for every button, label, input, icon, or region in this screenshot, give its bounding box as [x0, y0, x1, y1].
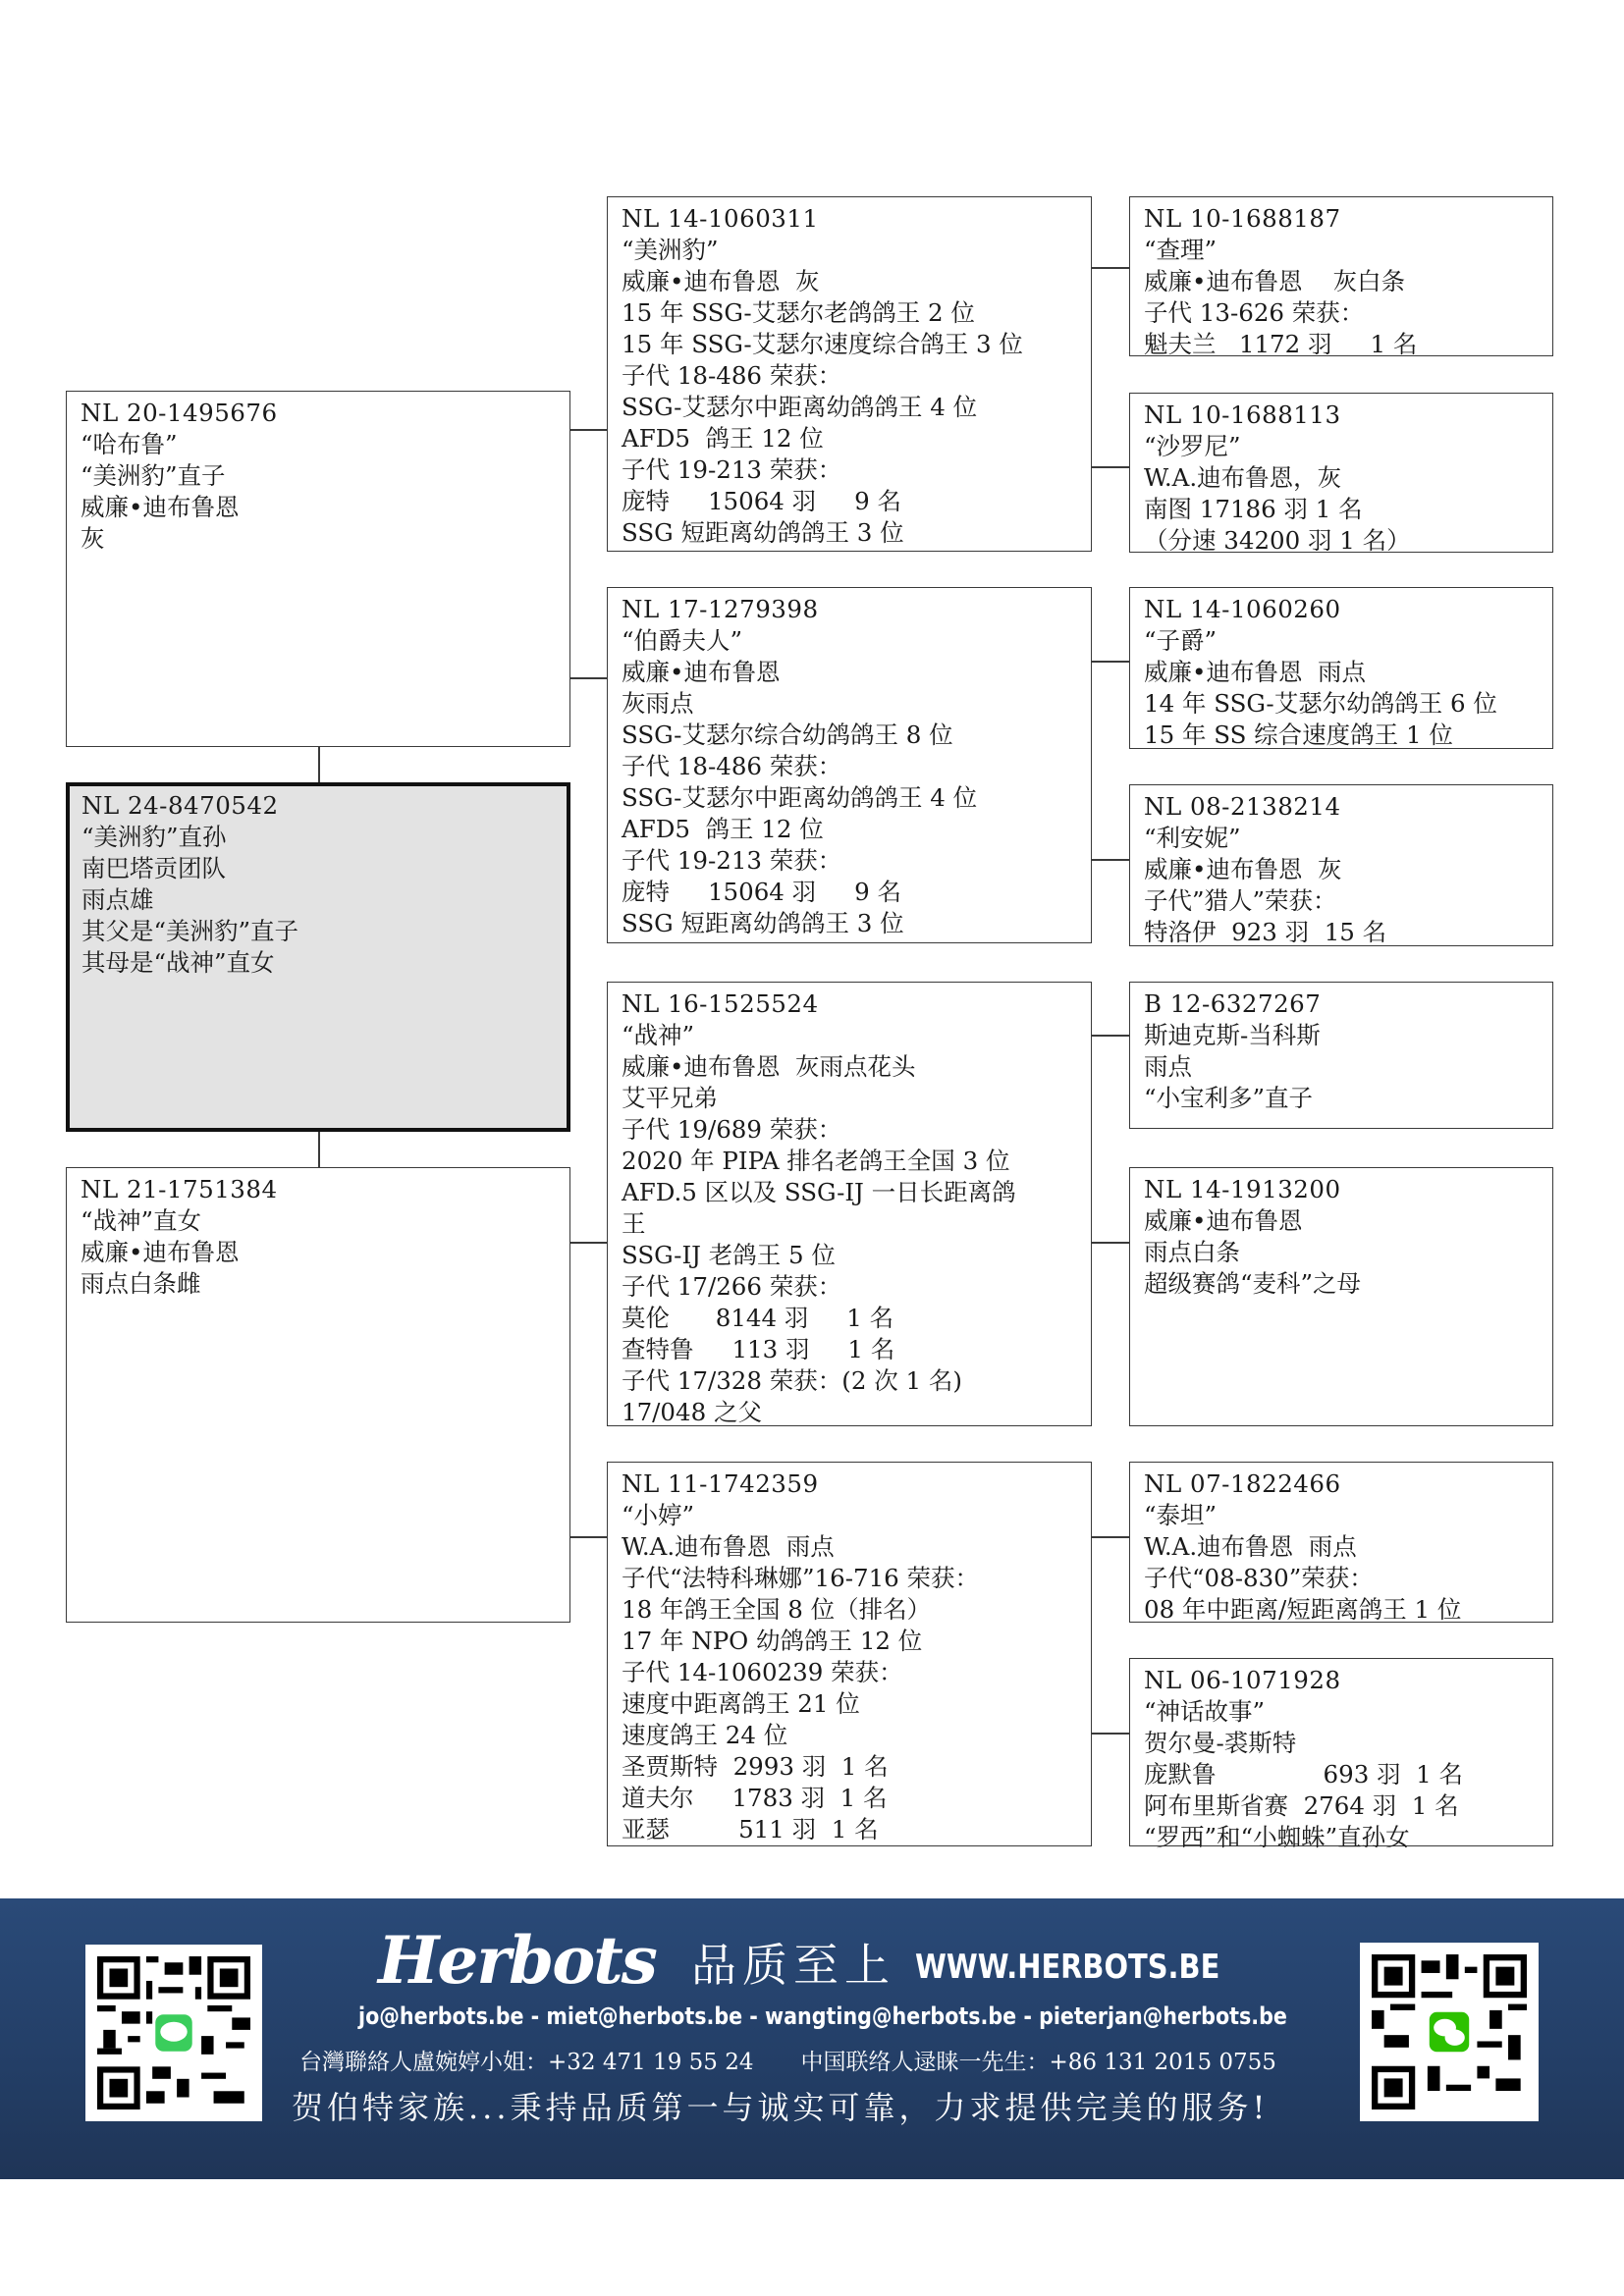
pedigree-line: 威廉•迪布鲁恩 — [81, 1237, 569, 1268]
pedigree-line: 15 年 SS 综合速度鸽王 1 位 — [1144, 720, 1552, 751]
pedigree-line: 威廉•迪布鲁恩 — [1144, 1205, 1552, 1237]
connector-sire-subject — [318, 747, 320, 782]
ring-number: NL 11-1742359 — [622, 1468, 1091, 1500]
ring-number: NL 06-1071928 — [1144, 1665, 1552, 1696]
connector-dd-to-dam — [1092, 1733, 1129, 1735]
pedigree-line: 阿布里斯省赛 2764 羽 1 名 — [1144, 1790, 1552, 1822]
pedigree-line: W.A.迪布鲁恩 雨点 — [1144, 1531, 1552, 1563]
connector-sd-to-sire — [1092, 661, 1129, 663]
ring-number: B 12-6327267 — [1144, 988, 1552, 1020]
ring-number: NL 20-1495676 — [81, 398, 569, 429]
ring-number: NL 08-2138214 — [1144, 791, 1552, 823]
pedigree-line: “美洲豹” — [622, 235, 1091, 266]
pedigree-line: 超级赛鸽“麦科”之母 — [1144, 1268, 1552, 1300]
pedigree-line: “伯爵夫人” — [622, 625, 1091, 657]
pedigree-line: 雨点白条 — [1144, 1237, 1552, 1268]
pedigree-line: “神话故事” — [1144, 1696, 1552, 1728]
connector-ss-to-sire — [1092, 267, 1129, 269]
pedigree-line: AFD.5 区以及 SSG-IJ 一日长距离鸽 — [622, 1177, 1091, 1208]
connector-dam-to-dam-dam — [570, 1536, 607, 1538]
pedigree-line: 其母是“战神”直女 — [81, 947, 567, 979]
pedigree-line: 威廉•迪布鲁恩 灰 — [1144, 854, 1552, 885]
pedigree-line: SSG-艾瑟尔中距离幼鸽鸽王 4 位 — [622, 392, 1091, 423]
pedigree-sire-sire: NL 14-1060311“美洲豹”威廉•迪布鲁恩 灰15 年 SSG-艾瑟尔老… — [607, 196, 1092, 552]
pedigree-line: 子代 18-486 荣获： — [622, 360, 1091, 392]
brand-slogan: 品质至上 — [691, 1936, 895, 1995]
pedigree-line: 威廉•迪布鲁恩 灰 — [622, 266, 1091, 297]
pedigree-dam: NL 21-1751384“战神”直女威廉•迪布鲁恩雨点白条雌 — [66, 1167, 570, 1623]
pedigree-line: 特洛伊 923 羽 15 名 — [1144, 917, 1552, 948]
pedigree-line: SSG 短距离幼鸽鸽王 3 位 — [622, 517, 1091, 549]
pedigree-line: SSG-艾瑟尔综合幼鸽鸽王 8 位 — [622, 720, 1091, 751]
ring-number: NL 17-1279398 — [622, 594, 1091, 625]
pedigree-line: SSG-艾瑟尔中距离幼鸽鸽王 4 位 — [622, 782, 1091, 814]
pedigree-line: 王 — [622, 1208, 1091, 1240]
pedigree-line: “战神” — [622, 1020, 1091, 1051]
ring-number: NL 07-1822466 — [1144, 1468, 1552, 1500]
pedigree-line: “哈布鲁” — [81, 429, 569, 460]
pedigree-line: 子代 13-626 荣获： — [1144, 297, 1552, 329]
connector-dd-to-sire — [1092, 1536, 1129, 1538]
pedigree-ss-dam: NL 10-1688113“沙罗尼”W.A.迪布鲁恩，灰南图 17186 羽 1… — [1129, 393, 1553, 553]
pedigree-line: 子代 19-213 荣获： — [622, 845, 1091, 877]
pedigree-line: 子代 18-486 荣获： — [622, 751, 1091, 782]
pedigree-ds-dam: NL 14-1913200威廉•迪布鲁恩雨点白条超级赛鸽“麦科”之母 — [1129, 1167, 1553, 1426]
pedigree-line: 15 年 SSG-艾瑟尔老鸽鸽王 2 位 — [622, 297, 1091, 329]
pedigree-line: 灰 — [81, 523, 569, 555]
pedigree-line: AFD5 鸽王 12 位 — [622, 423, 1091, 454]
pedigree-line: 雨点白条雌 — [81, 1268, 569, 1300]
pedigree-line: “罗西”和“小蜘蛛”直孙女 — [1144, 1822, 1552, 1853]
pedigree-sd-sire: NL 14-1060260“子爵”威廉•迪布鲁恩 雨点14 年 SSG-艾瑟尔幼… — [1129, 587, 1553, 749]
connector-ss-to-dam — [1092, 466, 1129, 468]
pedigree-line: 子代 19-213 荣获： — [622, 454, 1091, 486]
company-motto: 贺伯特家族...秉持品质第一与诚实可靠，力求提供完美的服务! — [292, 2083, 1269, 2128]
pedigree-dam-sire: NL 16-1525524“战神”威廉•迪布鲁恩 灰雨点花头艾平兄弟子代 19/… — [607, 982, 1092, 1426]
pedigree-line: “利安妮” — [1144, 823, 1552, 854]
ring-number: NL 14-1060260 — [1144, 594, 1552, 625]
brand-row: Herbots 品质至上 WWW.HERBOTS.BE — [378, 1926, 1273, 1995]
pedigree-line: 道夫尔 1783 羽 1 名 — [622, 1783, 1091, 1814]
pedigree-line: 威廉•迪布鲁恩 — [622, 657, 1091, 688]
pedigree-line: 14 年 SSG-艾瑟尔幼鸽鸽王 6 位 — [1144, 688, 1552, 720]
email-addresses[interactable]: jo@herbots.be - miet@herbots.be - wangti… — [358, 2002, 1287, 2030]
pedigree-line: 威廉•迪布鲁恩 雨点 — [1144, 657, 1552, 688]
ring-number: NL 21-1751384 — [81, 1174, 569, 1205]
pedigree-subject: NL 24-8470542“美洲豹”直孙南巴塔贡团队雨点雄其父是“美洲豹”直子其… — [66, 782, 570, 1132]
pedigree-line: W.A.迪布鲁恩，灰 — [1144, 462, 1552, 494]
ring-number: NL 10-1688187 — [1144, 203, 1552, 235]
pedigree-line: W.A.迪布鲁恩 雨点 — [622, 1531, 1091, 1563]
wechat-qr-code[interactable] — [1360, 1943, 1539, 2121]
pedigree-line: 子代 19/689 荣获： — [622, 1114, 1091, 1146]
connector-subject-dam — [318, 1132, 320, 1167]
website-link[interactable]: WWW.HERBOTS.BE — [915, 1940, 1219, 1995]
pedigree-line: 其父是“美洲豹”直子 — [81, 916, 567, 947]
pedigree-sire: NL 20-1495676“哈布鲁”“美洲豹”直子威廉•迪布鲁恩灰 — [66, 391, 570, 747]
connector-sire-to-sire-dam — [570, 677, 607, 679]
pedigree-ss-sire: NL 10-1688187“查理”威廉•迪布鲁恩 灰白条子代 13-626 荣获… — [1129, 196, 1553, 356]
pedigree-line: “子爵” — [1144, 625, 1552, 657]
connector-ds-to-sire — [1092, 1035, 1129, 1037]
pedigree-line: 庞特 15064 羽 9 名 — [622, 877, 1091, 908]
pedigree-line: SSG-IJ 老鸽王 5 位 — [622, 1240, 1091, 1271]
pedigree-line: 2020 年 PIPA 排名老鸽王全国 3 位 — [622, 1146, 1091, 1177]
pedigree-line: “泰坦” — [1144, 1500, 1552, 1531]
pedigree-line: 子代”猎人”荣获： — [1144, 885, 1552, 917]
contact-china: 中国联络人逯睐一先生：+86 131 2015 0755 — [800, 2044, 1275, 2076]
pedigree-line: 子代 17/328 荣获：(2 次 1 名) — [622, 1365, 1091, 1397]
pedigree-line: 速度中距离鸽王 21 位 — [622, 1688, 1091, 1720]
pedigree-line: （分速 34200 羽 1 名） — [1144, 525, 1552, 557]
pedigree-line: “美洲豹”直子 — [81, 460, 569, 492]
pedigree-line: 子代 17/266 荣获： — [622, 1271, 1091, 1303]
pedigree-line: SSG 短距离幼鸽鸽王 3 位 — [622, 908, 1091, 939]
pedigree-line: 魁夫兰 1172 羽 1 名 — [1144, 329, 1552, 360]
pedigree-line: 雨点 — [1144, 1051, 1552, 1083]
pedigree-line: “战神”直女 — [81, 1205, 569, 1237]
line-qr-code[interactable] — [85, 1945, 262, 2121]
pedigree-dd-dam: NL 06-1071928“神话故事”贺尔曼-裘斯特庞默鲁 693 羽 1 名阿… — [1129, 1658, 1553, 1846]
herbots-logo: Herbots — [378, 1926, 656, 1995]
pedigree-line: “沙罗尼” — [1144, 431, 1552, 462]
ring-number: NL 14-1913200 — [1144, 1174, 1552, 1205]
pedigree-line: 子代“法特科琳娜”16-716 荣获： — [622, 1563, 1091, 1594]
pedigree-dam-dam: NL 11-1742359“小婷”W.A.迪布鲁恩 雨点子代“法特科琳娜”16-… — [607, 1462, 1092, 1846]
pedigree-line: 南图 17186 羽 1 名 — [1144, 494, 1552, 525]
pedigree-line: “查理” — [1144, 235, 1552, 266]
pedigree-line: 南巴塔贡团队 — [81, 853, 567, 884]
pedigree-line: 17/048 之父 — [622, 1397, 1091, 1428]
ring-number: NL 14-1060311 — [622, 203, 1091, 235]
pedigree-line: “小宝利多”直子 — [1144, 1083, 1552, 1114]
ring-number: NL 16-1525524 — [622, 988, 1091, 1020]
pedigree-dd-sire: NL 07-1822466“泰坦”W.A.迪布鲁恩 雨点子代“08-830”荣获… — [1129, 1462, 1553, 1623]
pedigree-line: 雨点雄 — [81, 884, 567, 916]
pedigree-line: 子代 14-1060239 荣获： — [622, 1657, 1091, 1688]
pedigree-line: 灰雨点 — [622, 688, 1091, 720]
connector-sd-to-dam — [1092, 859, 1129, 861]
pedigree-line: 艾平兄弟 — [622, 1083, 1091, 1114]
pedigree-line: 贺尔曼-裘斯特 — [1144, 1728, 1552, 1759]
pedigree-line: 威廉•迪布鲁恩 灰白条 — [1144, 266, 1552, 297]
connector-ds-to-dam — [1092, 1242, 1129, 1244]
ring-number: NL 24-8470542 — [81, 790, 567, 822]
pedigree-sire-dam: NL 17-1279398“伯爵夫人”威廉•迪布鲁恩灰雨点SSG-艾瑟尔综合幼鸽… — [607, 587, 1092, 943]
ring-number: NL 10-1688113 — [1144, 400, 1552, 431]
contact-row: 台灣聯絡人盧婉婷小姐：+32 471 19 55 24 中国联络人逯睐一先生：+… — [299, 2044, 1276, 2076]
qr-pattern-icon — [97, 1956, 250, 2109]
qr-pattern-icon — [1372, 1954, 1527, 2109]
pedigree-line: 17 年 NPO 幼鸽鸽王 12 位 — [622, 1626, 1091, 1657]
pedigree-line: 庞默鲁 693 羽 1 名 — [1144, 1759, 1552, 1790]
pedigree-line: 子代“08-830”荣获： — [1144, 1563, 1552, 1594]
pedigree-line: 圣贾斯特 2993 羽 1 名 — [622, 1751, 1091, 1783]
pedigree-line: 斯迪克斯-当科斯 — [1144, 1020, 1552, 1051]
pedigree-line: 威廉•迪布鲁恩 — [81, 492, 569, 523]
pedigree-line: AFD5 鸽王 12 位 — [622, 814, 1091, 845]
pedigree-line: “小婷” — [622, 1500, 1091, 1531]
pedigree-line: 15 年 SSG-艾瑟尔速度综合鸽王 3 位 — [622, 329, 1091, 360]
pedigree-line: “美洲豹”直孙 — [81, 822, 567, 853]
pedigree-sd-dam: NL 08-2138214“利安妮”威廉•迪布鲁恩 灰子代”猎人”荣获：特洛伊 … — [1129, 784, 1553, 946]
pedigree-line: 亚瑟 511 羽 1 名 — [622, 1814, 1091, 1845]
pedigree-line: 莫伦 8144 羽 1 名 — [622, 1303, 1091, 1334]
pedigree-line: 查特鲁 113 羽 1 名 — [622, 1334, 1091, 1365]
connector-dam-to-dam-sire — [570, 1242, 607, 1244]
pedigree-line: 威廉•迪布鲁恩 灰雨点花头 — [622, 1051, 1091, 1083]
footer-banner: Herbots 品质至上 WWW.HERBOTS.BE jo@herbots.b… — [0, 1898, 1624, 2179]
pedigree-line: 08 年中距离/短距离鸽王 1 位 — [1144, 1594, 1552, 1626]
pedigree-line: 18 年鸽王全国 8 位（排名） — [622, 1594, 1091, 1626]
connector-sire-to-sire-sire — [570, 429, 607, 431]
pedigree-line: 庞特 15064 羽 9 名 — [622, 486, 1091, 517]
pedigree-ds-sire: B 12-6327267斯迪克斯-当科斯雨点“小宝利多”直子 — [1129, 982, 1553, 1129]
contact-taiwan: 台灣聯絡人盧婉婷小姐：+32 471 19 55 24 — [299, 2044, 753, 2076]
pedigree-line: 速度鸽王 24 位 — [622, 1720, 1091, 1751]
